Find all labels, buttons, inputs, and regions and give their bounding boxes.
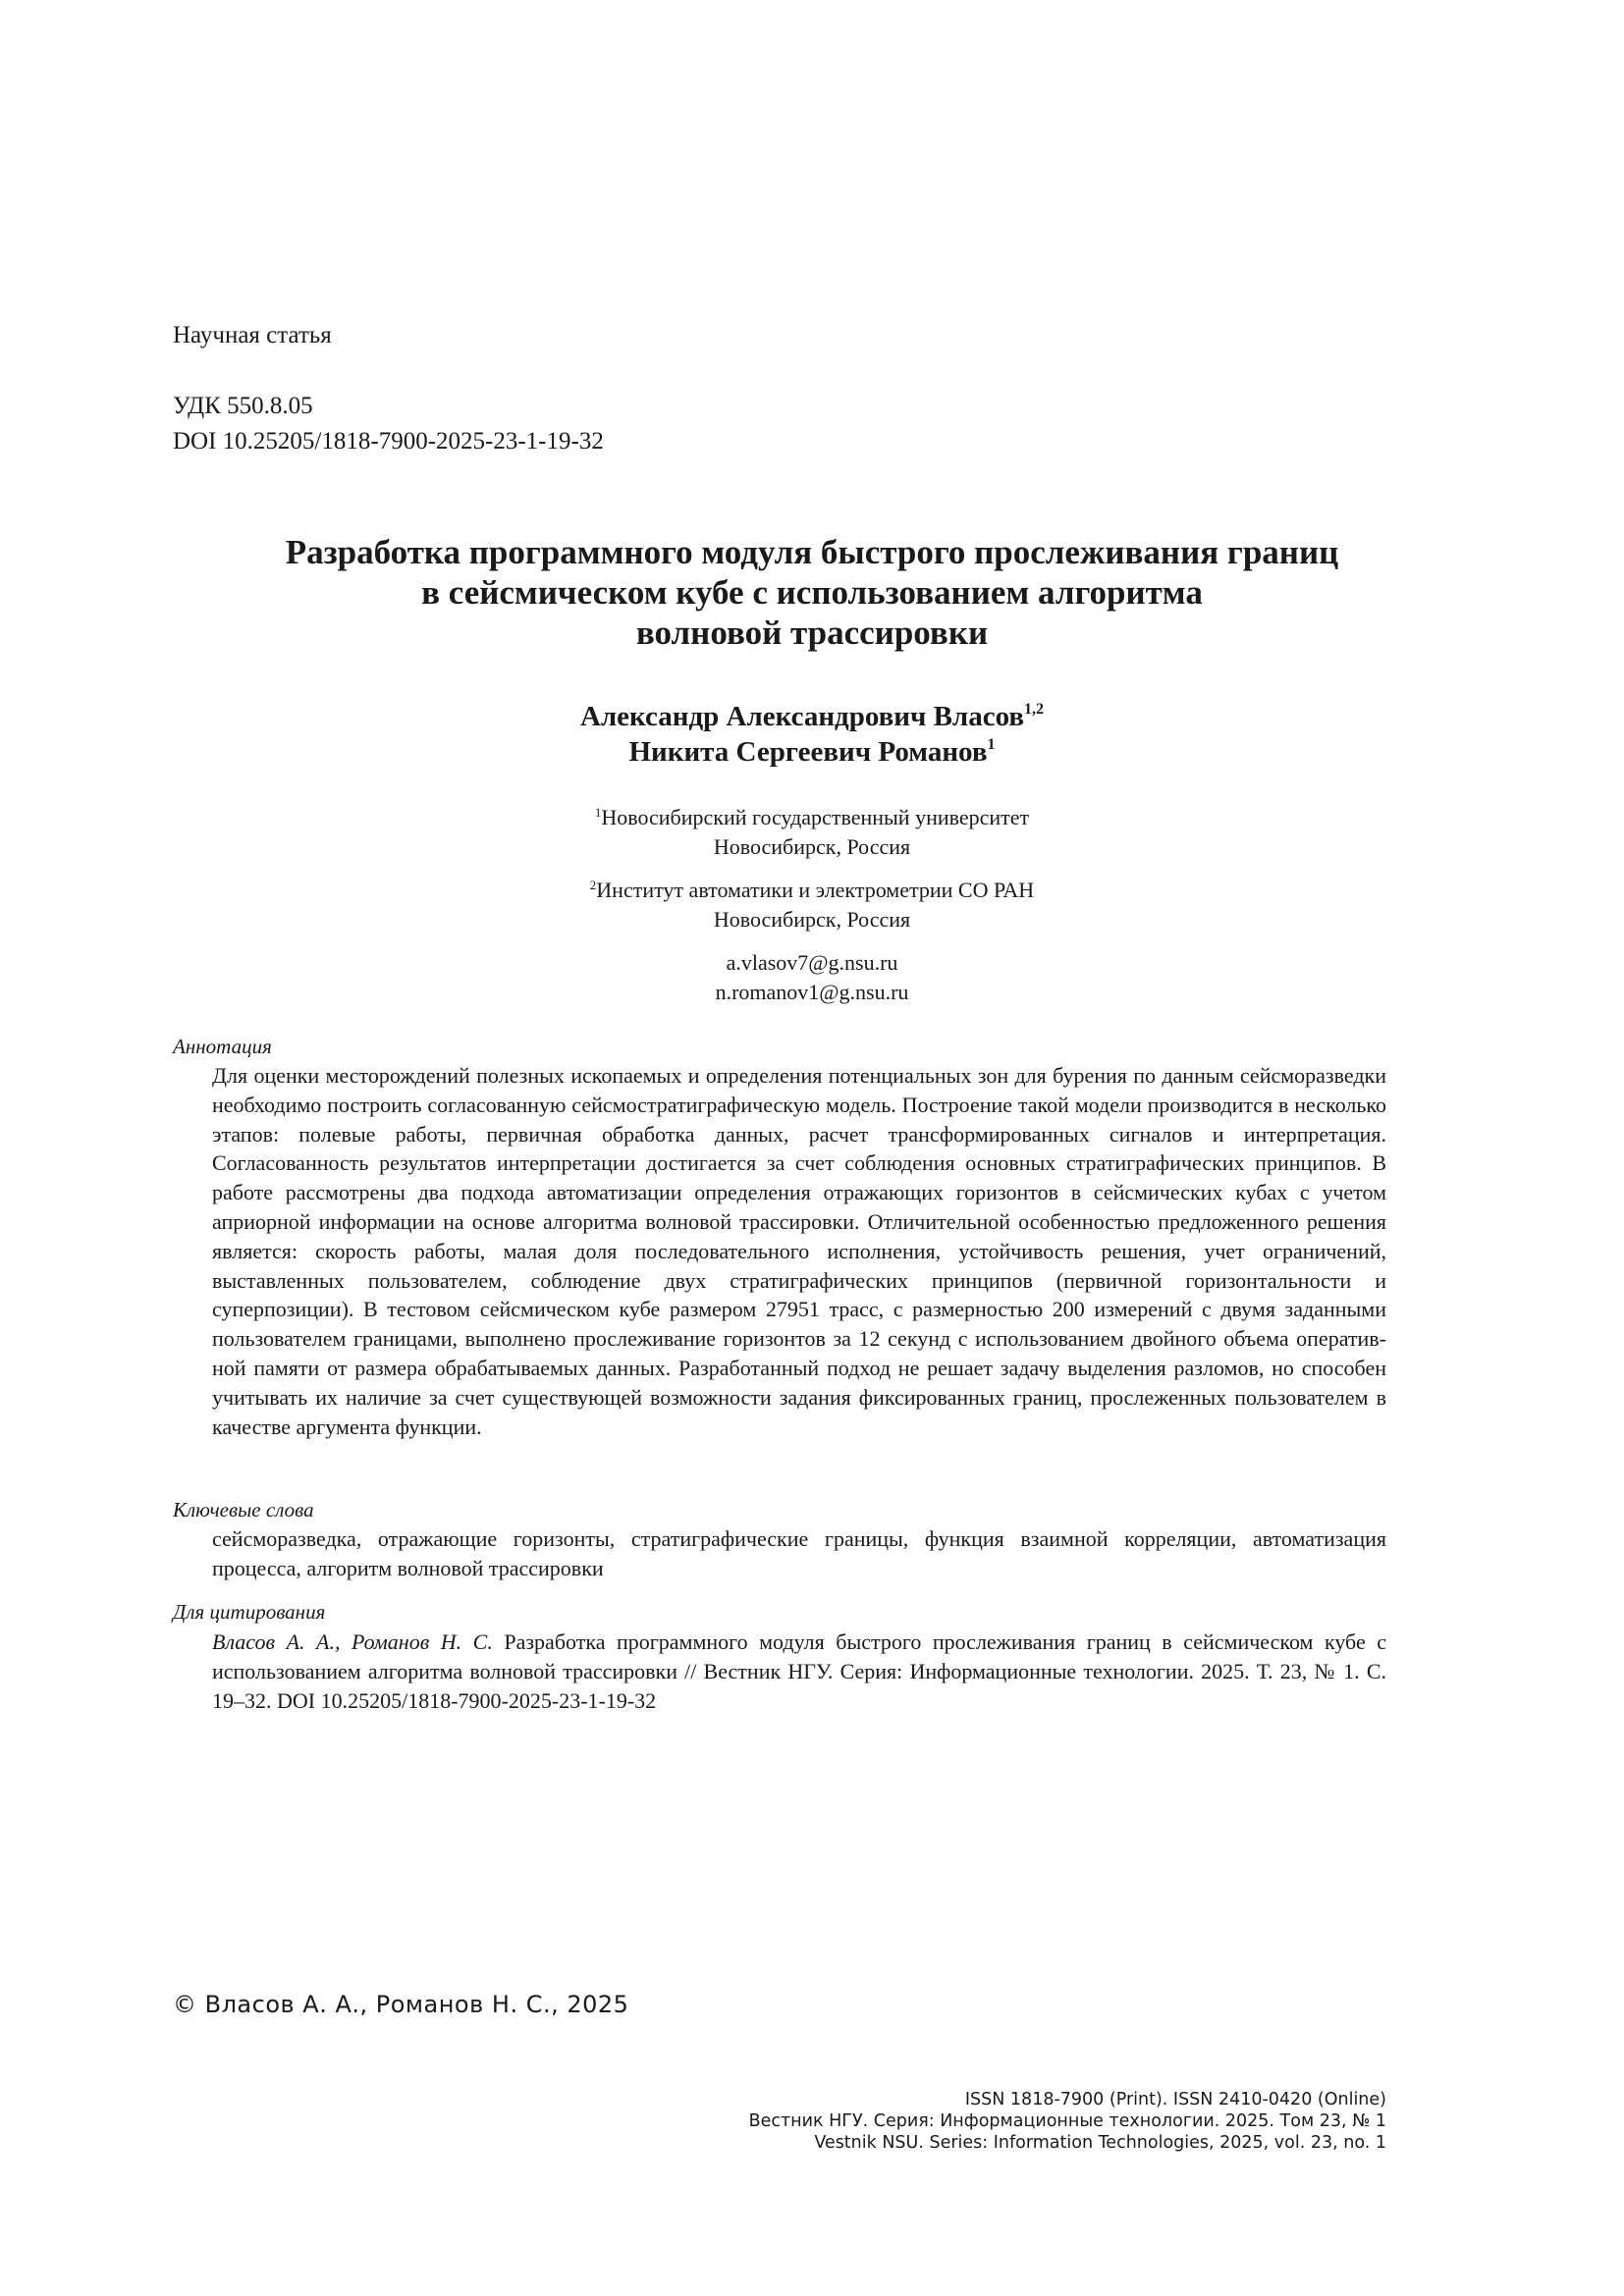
udk-code: УДК 550.8.05 (173, 393, 313, 420)
affiliation-location: Новосибирск, Россия (0, 832, 1624, 862)
journal-name-ru: Вестник НГУ. Серия: Информационные техно… (749, 2110, 1386, 2132)
article-title: Разработка программного модуля быстрого … (0, 532, 1624, 653)
affiliation-name: Новосибирский государственный университе… (601, 805, 1029, 829)
email-link[interactable]: a.vlasov7@g.nsu.ru (0, 948, 1624, 978)
author-name: Никита Сергеевич Романов (629, 736, 988, 768)
emails: a.vlasov7@g.nsu.ru n.romanov1@g.nsu.ru (0, 948, 1624, 1007)
keywords-label: Ключевые слова (173, 1498, 314, 1522)
citation-label: Для цитирования (173, 1600, 325, 1625)
keywords-text: сейсморазведка, отражающие горизонты, ст… (212, 1524, 1386, 1583)
email-link[interactable]: n.romanov1@g.nsu.ru (0, 978, 1624, 1007)
citation-text: Власов А. А., Романов Н. С. Разработка п… (212, 1628, 1386, 1715)
copyright-notice: © Власов А. А., Романов Н. С., 2025 (173, 1991, 628, 2018)
affiliation: 1Новосибирский государственный университ… (0, 803, 1624, 862)
author: Никита Сергеевич Романов1 (0, 734, 1624, 770)
title-line: волновой трассировки (0, 613, 1624, 653)
abstract-label: Аннотация (173, 1035, 272, 1059)
citation-authors: Власов А. А., Романов Н. С. (212, 1629, 493, 1654)
title-line: в сейсмическом кубе с использованием алг… (0, 572, 1624, 613)
affiliation-name: Институт автоматики и электрометрии СО Р… (596, 878, 1034, 902)
journal-footer: ISSN 1818-7900 (Print). ISSN 2410-0420 (… (749, 2089, 1386, 2154)
title-line: Разработка программного модуля быстрого … (0, 532, 1624, 572)
affiliation-location: Новосибирск, Россия (0, 905, 1624, 934)
doi: DOI 10.25205/1818-7900-2025-23-1-19-32 (173, 428, 604, 455)
author: Александр Александрович Власов1,2 (0, 699, 1624, 734)
abstract-text: Для оценки месторождений полезных ископа… (212, 1061, 1386, 1441)
affiliation: 2Институт автоматики и электрометрии СО … (0, 876, 1624, 934)
article-type: Научная статья (173, 322, 332, 349)
author-name: Александр Александрович Власов (580, 701, 1024, 732)
author-affiliation-marker: 1 (987, 736, 995, 753)
author-affiliation-marker: 1,2 (1024, 701, 1044, 718)
issn: ISSN 1818-7900 (Print). ISSN 2410-0420 (… (749, 2089, 1386, 2110)
authors: Александр Александрович Власов1,2 Никита… (0, 699, 1624, 770)
journal-name-en: Vestnik NSU. Series: Information Technol… (749, 2132, 1386, 2154)
